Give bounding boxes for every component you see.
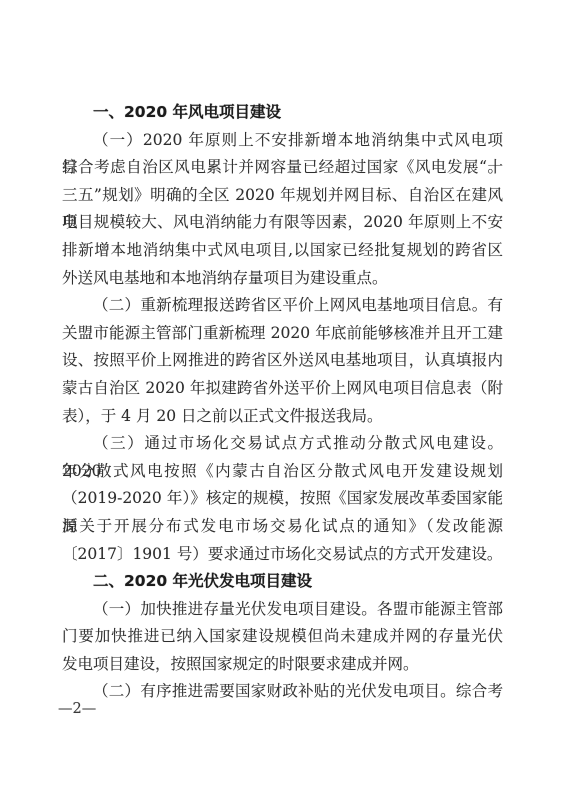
paragraph-line: （二）重新梳理报送跨省区平价上网风电基地项目信息。有: [62, 292, 503, 320]
paragraph-line: 排新增本地消纳集中式风电项目,以国家已经批复规划的跨省区: [62, 237, 503, 265]
paragraph-line: 设、按照平价上网推进的跨省区外送风电基地项目，认真填报内: [62, 347, 503, 375]
paragraph-line: 综合考虑自治区风电累计并网容量已经超过国家《风电发展“十: [62, 154, 503, 182]
paragraph-line: 三五”规划》明确的全区 2020 年规划并网目标、自治区在建风电: [62, 182, 503, 210]
paragraph-line: 局关于开展分布式发电市场交易化试点的通知》（发改能源: [62, 513, 503, 541]
page-number: —2—: [58, 700, 96, 718]
paragraph-line: 蒙古自治区 2020 年拟建跨省外送平价上网风电项目信息表（附: [62, 375, 503, 403]
paragraph-line: 项目规模较大、风电消纳能力有限等因素，2020 年原则上不安: [62, 209, 503, 237]
document-page: 一、2020 年风电项目建设（一）2020 年原则上不安排新增本地消纳集中式风电…: [0, 0, 565, 800]
paragraph-line: 外送风电基地和本地消纳存量项目为建设重点。: [62, 265, 503, 293]
section-heading: 一、2020 年风电项目建设: [62, 99, 503, 127]
section-heading: 二、2020 年光伏发电项目建设: [62, 568, 503, 596]
paragraph-line: （2019-2020 年）》核定的规模，按照《国家发展改革委国家能源: [62, 485, 503, 513]
paragraph-line: （二）有序推进需要国家财政补贴的光伏发电项目。综合考: [62, 678, 503, 706]
paragraph-line: 发电项目建设，按照国家规定的时限要求建成并网。: [62, 651, 503, 679]
paragraph-line: 关盟市能源主管部门重新梳理 2020 年底前能够核准并且开工建: [62, 320, 503, 348]
paragraph-line: 年分散式风电按照《内蒙古自治区分散式风电开发建设规划: [62, 458, 503, 486]
document-body: 一、2020 年风电项目建设（一）2020 年原则上不安排新增本地消纳集中式风电…: [62, 99, 503, 706]
paragraph-line: 门要加快推进已纳入国家建设规模但尚未建成并网的存量光伏: [62, 623, 503, 651]
paragraph-line: （一）2020 年原则上不安排新增本地消纳集中式风电项目。: [62, 127, 503, 155]
paragraph-line: （三）通过市场化交易试点方式推动分散式风电建设。2020: [62, 430, 503, 458]
paragraph-line: 表），于 4 月 20 日之前以正式文件报送我局。: [62, 403, 503, 431]
paragraph-line: 〔2017〕1901 号）要求通过市场化交易试点的方式开发建设。: [62, 541, 503, 569]
paragraph-line: （一）加快推进存量光伏发电项目建设。各盟市能源主管部: [62, 596, 503, 624]
